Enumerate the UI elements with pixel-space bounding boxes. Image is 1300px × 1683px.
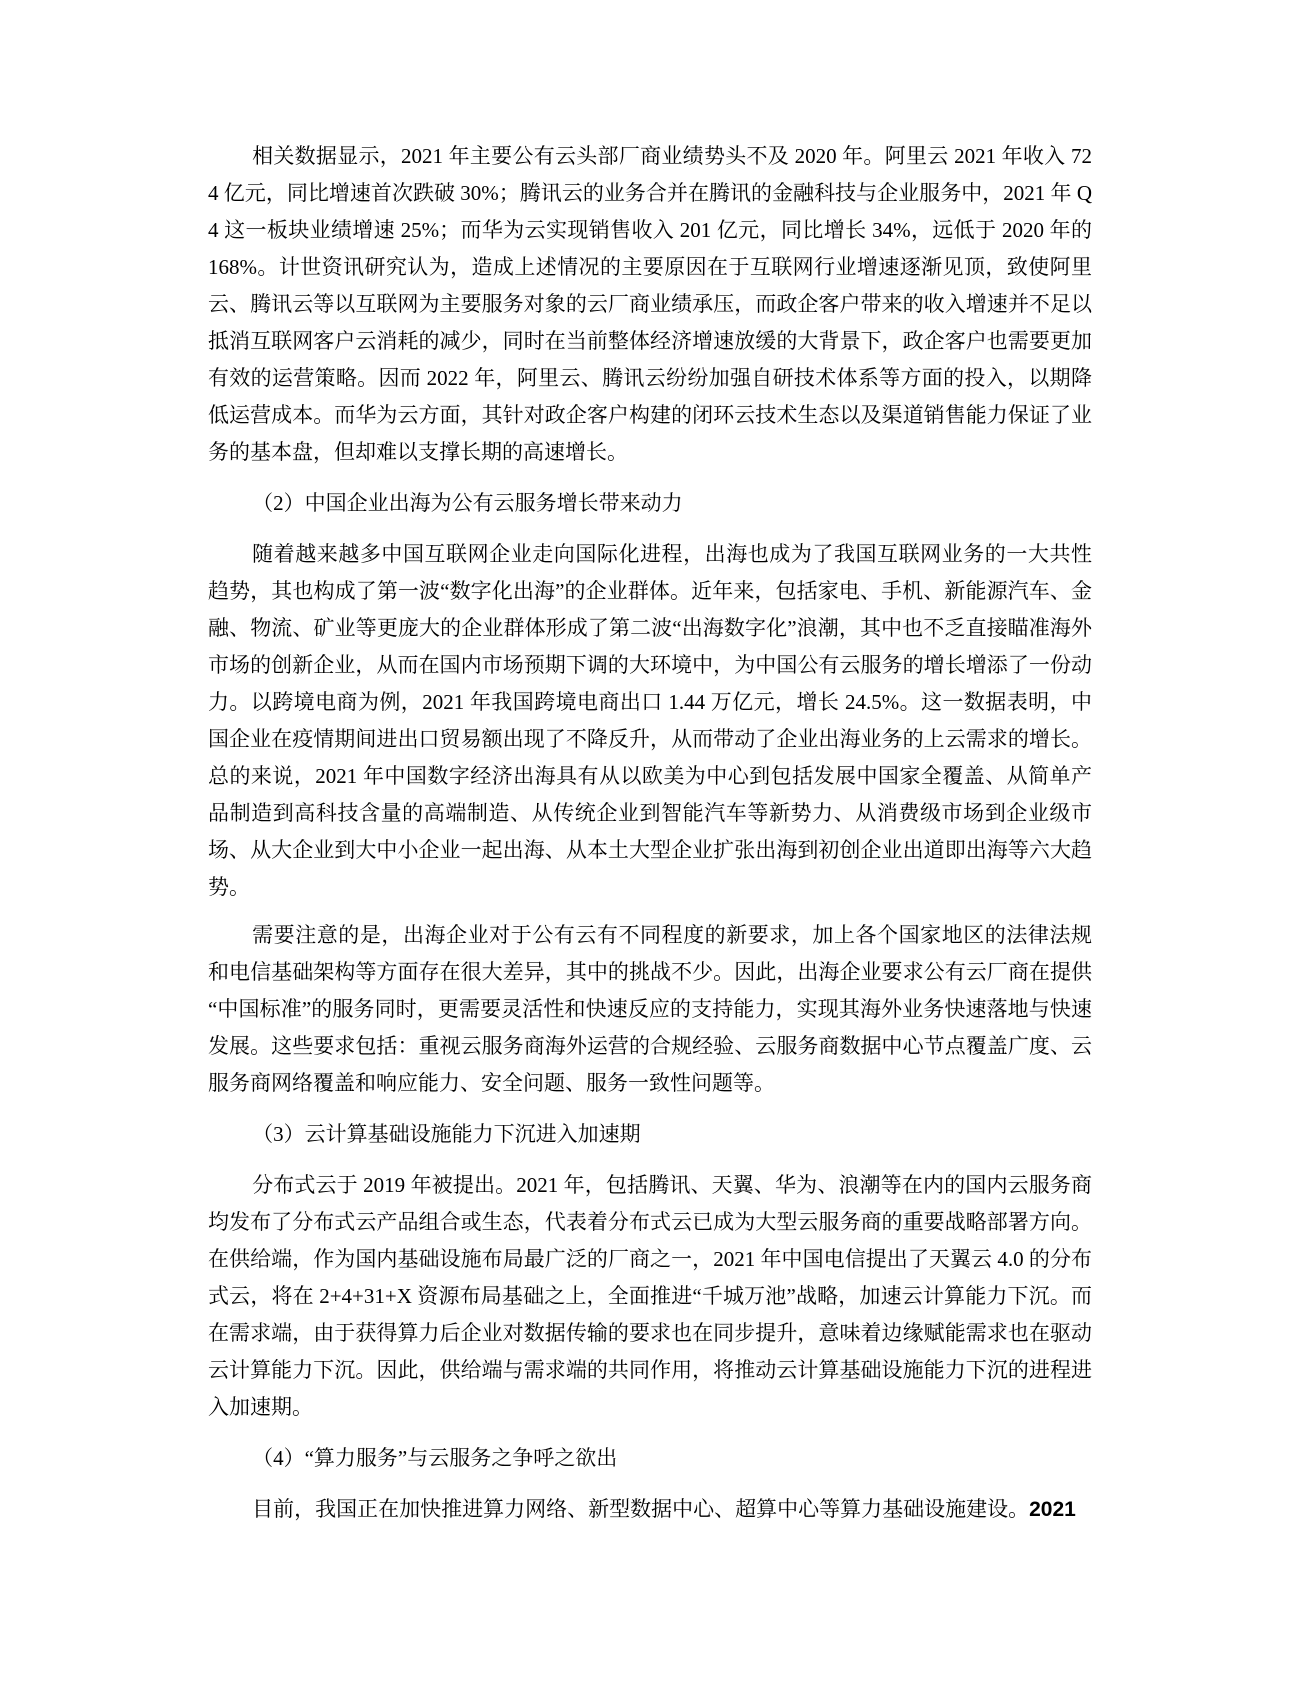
paragraph-cloud-vendor-performance: 相关数据显示，2021 年主要公有云头部厂商业绩势头不及 2020 年。阿里云 …	[208, 138, 1092, 471]
heading-section-4-computing-power-service: （4）“算力服务”与云服务之争呼之欲出	[208, 1440, 1092, 1477]
paragraph-computing-infrastructure: 目前，我国正在加快推进算力网络、新型数据中心、超算中心等算力基础设施建设。202…	[208, 1491, 1092, 1528]
document-page: 相关数据显示，2021 年主要公有云头部厂商业绩势头不及 2020 年。阿里云 …	[0, 0, 1300, 1683]
paragraph-computing-infrastructure-text: 目前，我国正在加快推进算力网络、新型数据中心、超算中心等算力基础设施建设。	[252, 1497, 1029, 1521]
year-2021-bold-suffix: 2021	[1029, 1498, 1076, 1521]
heading-section-2-enterprises-going-overseas: （2）中国企业出海为公有云服务增长带来动力	[208, 485, 1092, 522]
paragraph-distributed-cloud: 分布式云于 2019 年被提出。2021 年，包括腾讯、天翼、华为、浪潮等在内的…	[208, 1167, 1092, 1426]
paragraph-overseas-expansion-trends: 随着越来越多中国互联网企业走向国际化进程，出海也成为了我国互联网业务的一大共性趋…	[208, 536, 1092, 906]
heading-section-3-infrastructure-sinking: （3）云计算基础设施能力下沉进入加速期	[208, 1116, 1092, 1153]
paragraph-overseas-cloud-requirements: 需要注意的是，出海企业对于公有云有不同程度的新要求，加上各个国家地区的法律法规和…	[208, 917, 1092, 1102]
